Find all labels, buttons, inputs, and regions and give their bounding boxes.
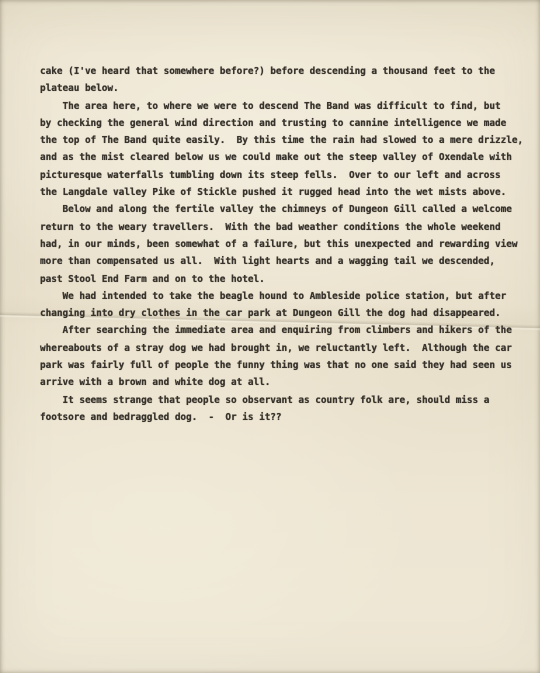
text-line: whereabouts of a stray dog we had brough… bbox=[40, 340, 518, 357]
text-line: and as the mist cleared below us we coul… bbox=[40, 149, 518, 166]
text-line: cake (I've heard that somewhere before?)… bbox=[40, 63, 518, 80]
text-line: The area here, to where we were to desce… bbox=[40, 98, 518, 115]
text-line: arrive with a brown and white dog at all… bbox=[40, 374, 518, 391]
text-line: footsore and bedraggled dog. - Or is it?… bbox=[40, 409, 518, 426]
text-line: After searching the immediate area and e… bbox=[40, 322, 518, 339]
text-line: more than compensated us all. With light… bbox=[40, 253, 518, 270]
text-line: the top of The Band quite easily. By thi… bbox=[40, 132, 518, 149]
text-line: park was fairly full of people the funny… bbox=[40, 357, 518, 374]
text-line: Below and along the fertile valley the c… bbox=[40, 201, 518, 218]
text-line: the Langdale valley Pike of Stickle push… bbox=[40, 184, 518, 201]
text-line: had, in our minds, been somewhat of a fa… bbox=[40, 236, 518, 253]
text-line: plateau below. bbox=[40, 80, 518, 97]
text-line: past Stool End Farm and on to the hotel. bbox=[40, 271, 518, 288]
text-line: return to the weary travellers. With the… bbox=[40, 219, 518, 236]
text-line: changing into dry clothes in the car par… bbox=[40, 305, 518, 322]
text-line: We had intended to take the beagle hound… bbox=[40, 288, 518, 305]
document-text: cake (I've heard that somewhere before?)… bbox=[40, 63, 518, 426]
text-line: picturesque waterfalls tumbling down its… bbox=[40, 167, 518, 184]
text-line: It seems strange that people so observan… bbox=[40, 392, 518, 409]
typewritten-page: cake (I've heard that somewhere before?)… bbox=[0, 0, 540, 673]
text-line: by checking the general wind direction a… bbox=[40, 115, 518, 132]
